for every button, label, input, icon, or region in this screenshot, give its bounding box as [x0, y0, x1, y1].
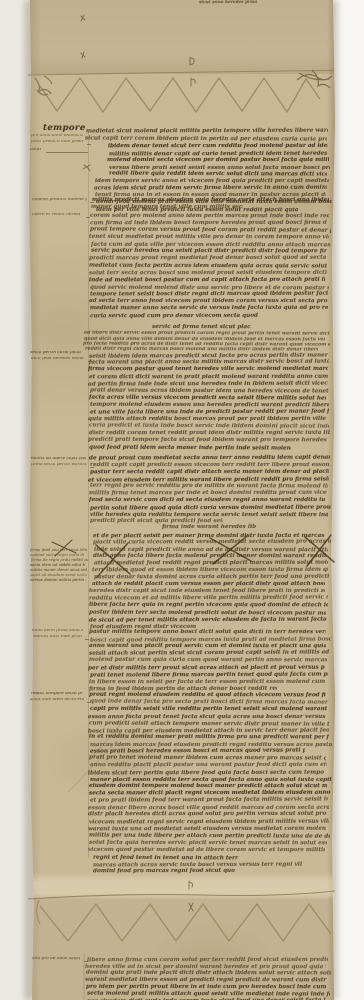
membrane-joint-pale-band	[27, 872, 336, 900]
manuscript-roll-membrane	[27, 0, 336, 1000]
membrane-head-blank-area	[27, 0, 336, 74]
lower-membrane-area	[27, 898, 336, 1000]
photo-background: medietat sicut molend placit militis per…	[0, 0, 364, 1000]
